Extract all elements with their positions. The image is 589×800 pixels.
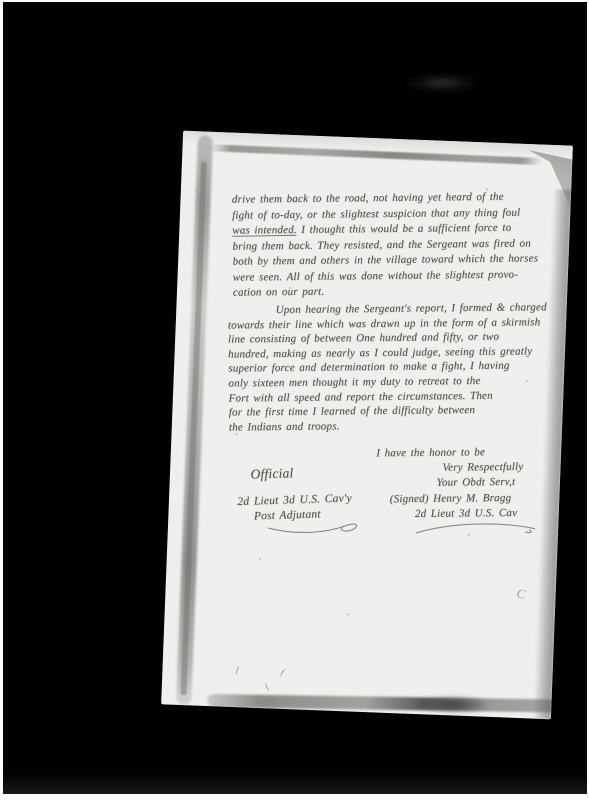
handwritten-line: were seen. All of this was done without … <box>233 267 539 286</box>
attestation-block: Official 2d Lieut 3d U.S. Cav'y Post Adj… <box>236 463 362 539</box>
signature-rank-line: 2d Lieut 3d U.S. Cav <box>377 505 539 522</box>
dust-speck <box>526 380 528 382</box>
adjutant-flourish <box>266 519 362 538</box>
dust-speck <box>259 558 261 560</box>
dust-speck <box>289 287 291 289</box>
letter-paragraph-2: Upon hearing the Sergeant's report, I fo… <box>228 300 548 435</box>
dust-speck <box>236 433 238 435</box>
document-page: drive them back to the road, not having … <box>161 131 573 720</box>
closing-block: I have the honor to be Very Respectfully… <box>376 445 539 537</box>
dust-speck <box>486 188 488 190</box>
photo-background: drive them back to the road, not having … <box>3 2 587 794</box>
dust-speck <box>347 613 349 615</box>
signature-flourish <box>413 523 539 536</box>
signature-line: (Signed) Henry M. Bragg <box>377 490 539 507</box>
closing-respectfully-line: Very Respectfully <box>376 460 538 477</box>
official-label: Official <box>236 463 360 482</box>
stray-pen-tick <box>235 666 243 676</box>
handwritten-line: cation on our part. <box>233 282 539 301</box>
handwritten-line: the Indians and troops. <box>229 417 548 435</box>
stray-pen-mark: C <box>515 585 526 602</box>
bottom-edge-smudge <box>207 694 555 712</box>
stray-pen-tick <box>279 668 289 679</box>
closing-servant-line: Your Obdt Serv,t <box>377 475 539 492</box>
photo-bottom-glow <box>3 774 587 794</box>
dust-speck <box>468 534 470 536</box>
letter-paragraph-1: drive them back to the road, not having … <box>232 189 539 301</box>
scanner-smudge <box>405 73 479 93</box>
dust-speck <box>331 194 333 196</box>
stray-pen-tick <box>264 681 273 692</box>
closing-honor-line: I have the honor to be <box>376 445 538 462</box>
scan-frame: drive them back to the road, not having … <box>0 0 589 800</box>
right-edge-shadow <box>533 189 571 719</box>
bottom-edge-smudge-dark <box>416 695 490 714</box>
